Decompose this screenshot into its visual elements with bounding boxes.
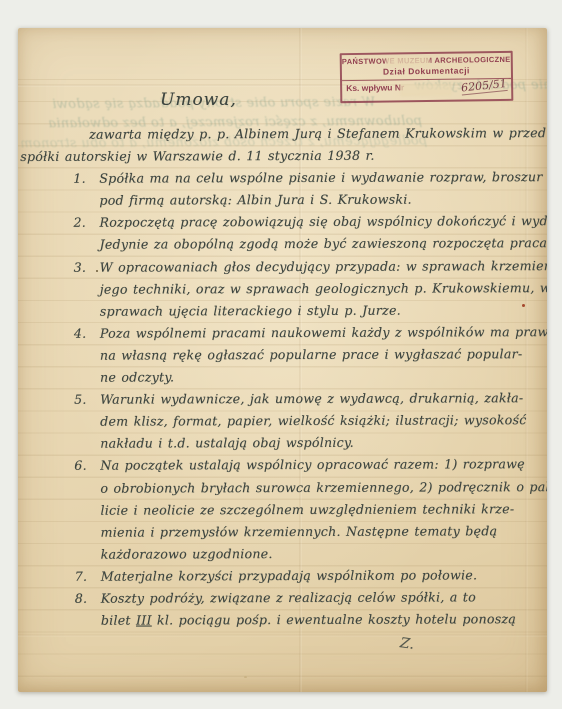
list-item-line: na własną rękę ogłaszać popularne prace … (18, 346, 547, 370)
list-item-text: Spółka ma na celu wspólne pisanie i wyda… (99, 169, 547, 186)
list-item-number: 6. (74, 458, 87, 473)
list-item-text: Jedynie za obopólną zgodą może być zawie… (99, 236, 547, 253)
list-item-line: sprawach ujęcia literackiego i stylu p. … (18, 302, 547, 326)
list-item-text: o obrobionych bryłach surowca krzemienne… (100, 479, 547, 496)
list-item-text: kl. pociągu pośp. i ewentualne koszty ho… (152, 611, 516, 627)
ink-stamp: PAŃSTWOWE MUZEUM ARCHEOLOGICZNE Dział Do… (340, 51, 514, 103)
list-item-number: 5. (74, 392, 87, 407)
list-item-text: ne odczyty. (100, 369, 174, 384)
list-item-line: o obrobionych bryłach surowca krzemienne… (18, 479, 547, 503)
underlined-roman-numeral: III (136, 613, 152, 628)
page-mark: Z. (399, 635, 416, 653)
list-item-text: pod firmą autorską: Albin Jura i S. Kruk… (99, 192, 411, 208)
document-page: względnie podziału zysków W razie sporu … (18, 28, 547, 692)
list-item-line: 4.Poza wspólnemi pracami naukowemi każdy… (18, 324, 547, 348)
list-item-line: 1.Spółka ma na celu wspólne pisanie i wy… (18, 169, 546, 193)
list-item-text: każdorazowo uzgodnione. (101, 546, 273, 562)
preamble-line: spółki autorskiej w Warszawie d. 11 styc… (18, 147, 546, 171)
document-body: zawarta między p. p. Albinem Jurą i Stef… (18, 125, 547, 635)
list-item-line: jego techniki, oraz w sprawach geologicz… (18, 280, 547, 304)
list-item-line: dem klisz, format, papier, wielkość ksią… (18, 412, 547, 436)
list-item-text: na własną rękę ogłaszać popularne prace … (100, 346, 523, 362)
preamble-text: spółki autorskiej w Warszawie d. 11 styc… (20, 148, 374, 164)
list-item-line: pod firmą autorską: Albin Jura i S. Kruk… (18, 191, 546, 215)
list-item-line: 6.Na początek ustalają wspólnicy opracow… (18, 456, 547, 480)
preamble-text: zawarta między p. p. Albinem Jurą i Stef… (89, 125, 547, 142)
list-item-text: Na początek ustalają wspólnicy opracować… (100, 457, 525, 473)
list-item-line: 2.Rozpoczętą pracę zobowiązują się obaj … (18, 213, 546, 237)
list-item-line: licie i neolicie ze szczególnem uwzględn… (18, 501, 547, 525)
list-item-text: Materjalne korzyści przypadają wspólniko… (101, 567, 478, 583)
list-item-line: 7.Materjalne korzyści przypadają wspólni… (19, 567, 547, 591)
stamp-fade-smudge (400, 84, 452, 97)
list-item-number: 3. (74, 259, 87, 274)
document-title: Umowa, (160, 90, 237, 110)
list-item-text: Rozpoczętą pracę zobowiązują się obaj ws… (99, 213, 547, 230)
list-item-text: W opracowaniach głos decydujący przypada… (100, 258, 547, 275)
paper-speck (244, 676, 247, 678)
list-item-text: Koszty podróży, związane z realizacją ce… (101, 589, 476, 605)
list-item-text: licie i neolicie ze szczególnem uwzględn… (100, 501, 514, 517)
list-item-text: dem klisz, format, papier, wielkość ksią… (100, 412, 526, 428)
list-item-line: bilet III kl. pociągu pośp. i ewentualne… (19, 611, 547, 635)
scan-background: { "stamp": { "line1": "PAŃSTWOWE MUZEUM … (0, 0, 562, 709)
list-item-text: bilet (101, 613, 136, 628)
stamp-fade-smudge (386, 57, 430, 67)
list-item-line: ne odczyty. (18, 368, 547, 392)
stamp-department-line: Dział Dokumentacji (342, 65, 511, 77)
list-item-number: 1. (73, 171, 86, 186)
list-item-line: nakładu i t.d. ustalają obaj wspólnicy. (18, 434, 547, 458)
list-item-line: mienia i przemysłów krzemiennych. Następ… (19, 523, 547, 547)
preamble-line: zawarta między p. p. Albinem Jurą i Stef… (18, 125, 546, 149)
list-item-text: sprawach ujęcia literackiego i stylu p. … (100, 302, 401, 318)
list-item-number: 7. (75, 569, 88, 584)
stamp-registry-number: 6205/51 (461, 77, 508, 96)
list-item-line: 3.W opracowaniach głos decydujący przypa… (18, 258, 547, 282)
list-item-number: 2. (73, 215, 86, 230)
list-item-text: Poza wspólnemi pracami naukowemi każdy z… (100, 324, 547, 341)
stamp-registry-label: Ks. wpływu Nr (346, 82, 404, 93)
list-item-text: Warunki wydawnicze, jak umowę z wydawcą,… (100, 390, 523, 406)
list-item-line: 8.Koszty podróży, związane z realizacją … (19, 589, 547, 613)
list-item-text: mienia i przemysłów krzemiennych. Następ… (101, 523, 498, 539)
list-item-line: 5.Warunki wydawnicze, jak umowę z wydawc… (18, 390, 547, 414)
list-item-text: jego techniki, oraz w sprawach geologicz… (100, 280, 547, 297)
list-item-number: 4. (74, 326, 87, 341)
list-item-line: każdorazowo uzgodnione. (19, 545, 547, 569)
list-item-text: nakładu i t.d. ustalają obaj wspólnicy. (100, 435, 354, 451)
list-item-line: Jedynie za obopólną zgodą może być zawie… (18, 236, 547, 260)
list-item-number: 8. (75, 591, 88, 606)
